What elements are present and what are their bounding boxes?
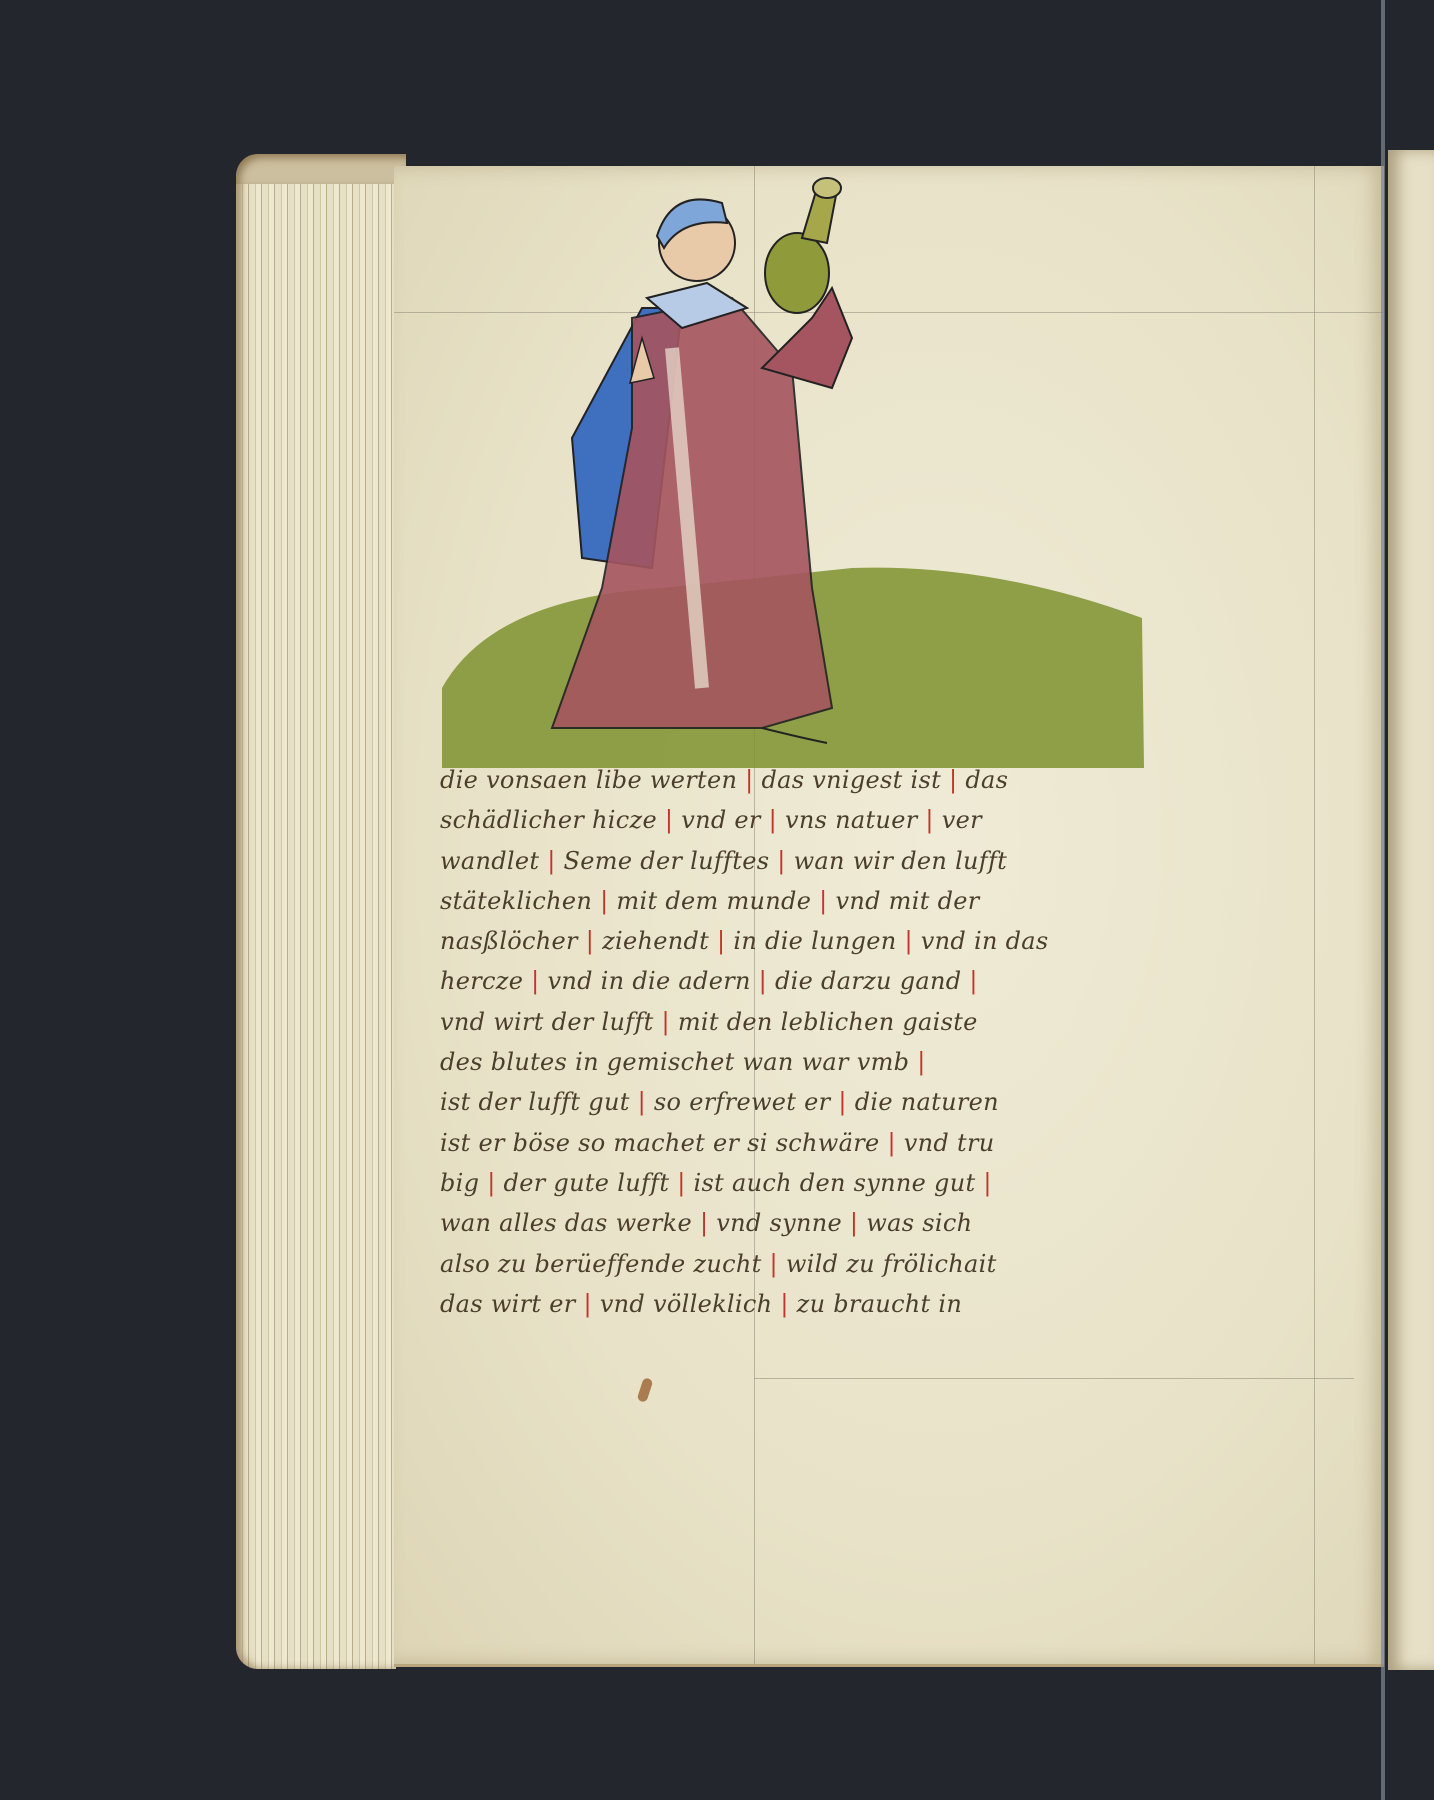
text-line: wan alles das werke | vnd synne | was si… xyxy=(440,1203,1160,1243)
text-line: also zu berüeffende zucht | wild zu fröl… xyxy=(440,1244,1160,1284)
text-line: hercze | vnd in die adern | die darzu ga… xyxy=(440,961,1160,1001)
manuscript-text: die vonsaen libe werten | das vnigest is… xyxy=(440,760,1160,1324)
text-line: wandlet | Seme der lufftes | wan wir den… xyxy=(440,841,1160,881)
text-line: das wirt er | vnd völleklich | zu brauch… xyxy=(440,1284,1160,1324)
text-line: die vonsaen libe werten | das vnigest is… xyxy=(440,760,1160,800)
ruling-line xyxy=(754,1378,1354,1379)
page-edges xyxy=(236,164,396,1669)
text-line: ist der lufft gut | so erfrewet er | die… xyxy=(440,1082,1160,1122)
physician-illustration xyxy=(432,168,1152,768)
text-line: big | der gute lufft | ist auch den synn… xyxy=(440,1163,1160,1203)
facing-page xyxy=(1388,150,1434,1670)
ruling-line xyxy=(1314,166,1315,1664)
text-line: stäteklichen | mit dem munde | vnd mit d… xyxy=(440,881,1160,921)
binding-corner xyxy=(236,154,406,184)
text-line: schädlicher hicze | vnd er | vns natuer … xyxy=(440,800,1160,840)
text-line: des blutes in gemischet wan war vmb | xyxy=(440,1042,1160,1082)
text-line: ist er böse so machet er si schwäre | vn… xyxy=(440,1123,1160,1163)
text-line: nasßlöcher | ziehendt | in die lungen | … xyxy=(440,921,1160,961)
text-line: vnd wirt der lufft | mit den leblichen g… xyxy=(440,1002,1160,1042)
glass-plate-edge xyxy=(1381,0,1385,1800)
